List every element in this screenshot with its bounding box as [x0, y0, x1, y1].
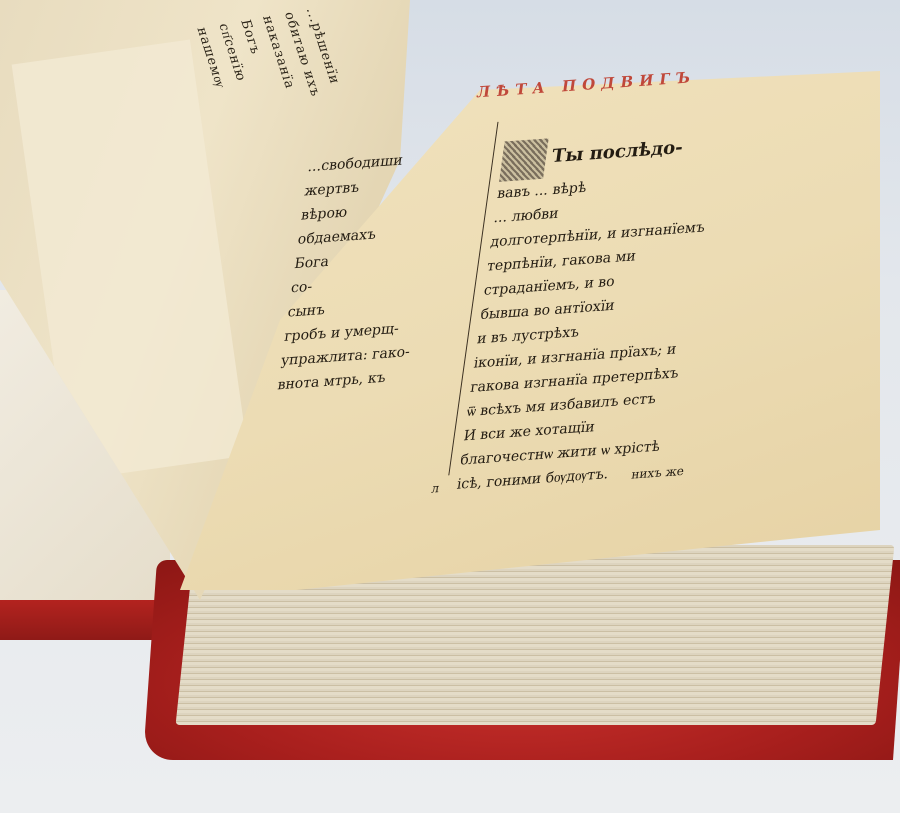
left-column: ...свободиши жертвъ вѣрою обдаемахъ Бога… — [276, 143, 480, 397]
right-page-content: ЛѢТА ПОДВИГЪ ...свободиши жертвъ вѣрою о… — [262, 62, 788, 499]
book-photo: ...рѣшенїи обитаю ихъ наказанїа Богъ сп҃… — [0, 0, 900, 813]
page-header-rubric: ЛѢТА ПОДВИГЪ — [476, 68, 698, 102]
text-line: Ты послѣдо- — [551, 137, 685, 167]
right-column: Ты послѣдо- вавъ ... вѣрѣ ... любви долг… — [455, 123, 774, 497]
signature-mark: л — [431, 481, 441, 496]
woodcut-initial — [499, 138, 549, 181]
